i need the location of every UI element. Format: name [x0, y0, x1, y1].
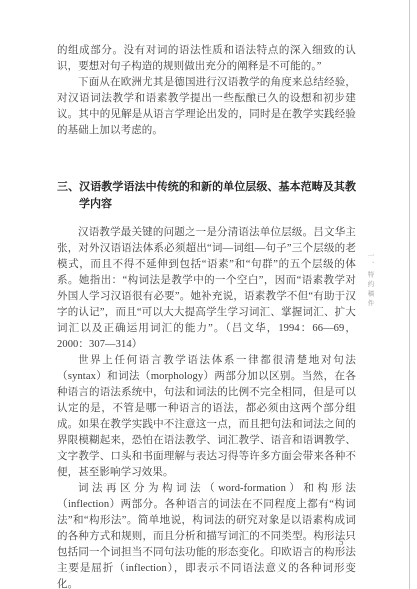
- body-paragraph-syntax-morphology: 世界上任何语言教学语法体系一律都很清楚地对句法（syntax）和词法（morph…: [57, 353, 356, 481]
- book-page: 的组成部分。没有对词的语法性质和语法特点的深入细致的认识，要想对句子构造的规则做…: [0, 0, 417, 589]
- body-paragraph-intro: 下面从在欧洲尤其是德国进行汉语教学的角度来总结经验，对汉语词法教学和语素教学提出…: [57, 75, 356, 139]
- body-paragraph-continuation: 的组成部分。没有对词的语法性质和语法特点的深入细致的认识，要想对句子构造的规则做…: [57, 43, 356, 75]
- page-number: 5: [339, 537, 344, 547]
- body-paragraph-word-formation: 词法再区分为构词法（word-formation）和构形法（inflection…: [57, 481, 356, 589]
- body-paragraph-unit-levels: 汉语教学最关键的问题之一是分清语法单位层级。吕文华主张，对外汉语语法体系必须超出…: [57, 225, 356, 353]
- section-heading: 三、汉语教学语法中传统的和新的单位层级、基本范畴及其教学内容: [57, 179, 356, 213]
- margin-section-label: 一、特约稿件: [366, 252, 373, 309]
- text-column: 的组成部分。没有对词的语法性质和语法特点的深入细致的认识，要想对句子构造的规则做…: [57, 43, 356, 589]
- page-edge-line: [409, 0, 410, 589]
